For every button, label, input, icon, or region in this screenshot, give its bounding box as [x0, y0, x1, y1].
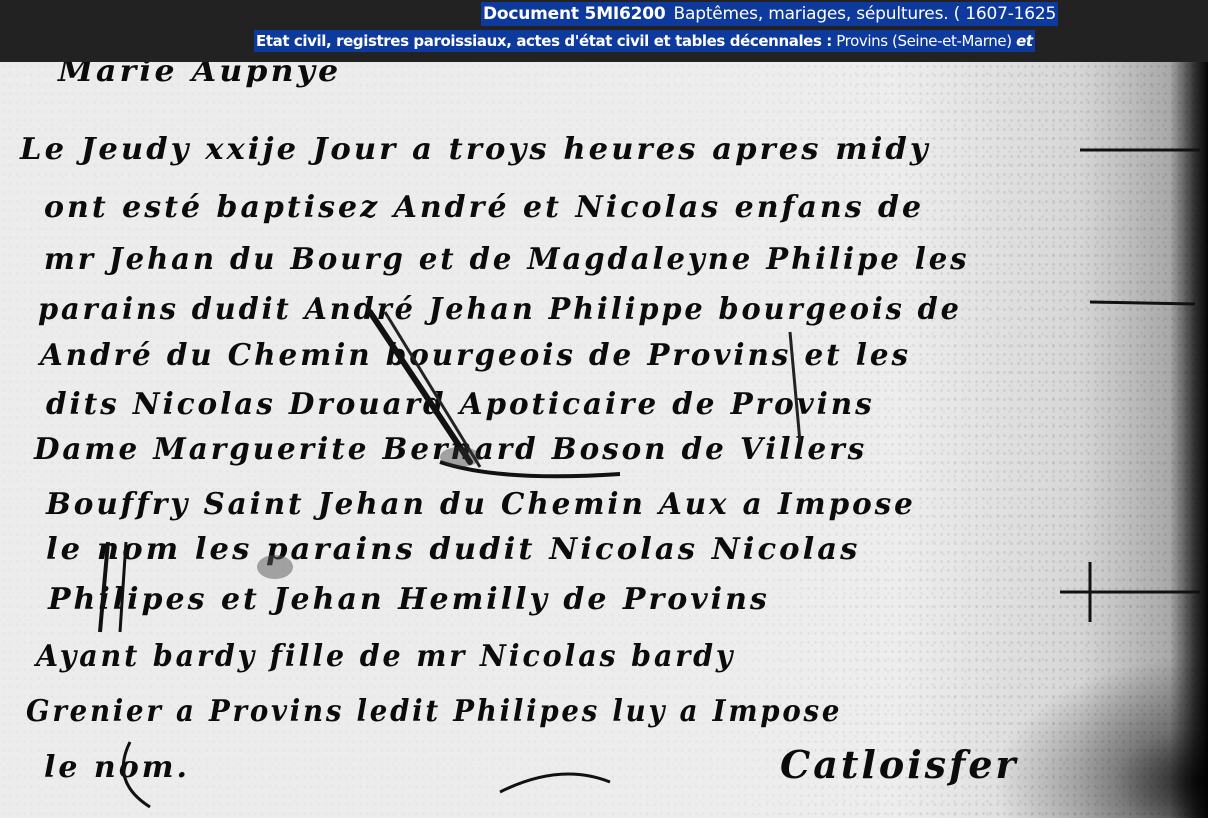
document-breadcrumb: Etat civil, registres paroissiaux, actes…: [254, 30, 1035, 52]
document-header: Document 5MI6200Baptêmes, mariages, sépu…: [0, 0, 1208, 62]
document-id: Document 5MI6200: [483, 4, 666, 24]
document-viewer: Document 5MI6200Baptêmes, mariages, sépu…: [0, 0, 1208, 818]
document-title-bar: Document 5MI6200Baptêmes, mariages, sépu…: [481, 2, 1058, 26]
place-label: Provins (Seine-et-Marne): [836, 32, 1011, 50]
document-title: Baptêmes, mariages, sépultures. ( 1607-1…: [674, 4, 1057, 24]
trailing-text: et: [1016, 32, 1033, 50]
manuscript-scan-image[interactable]: Marie Aupnye Le Jeudy xxije Jour a troys…: [0, 62, 1208, 818]
ink-strokes: [0, 62, 1208, 818]
series-label: Etat civil, registres paroissiaux, actes…: [256, 32, 832, 50]
